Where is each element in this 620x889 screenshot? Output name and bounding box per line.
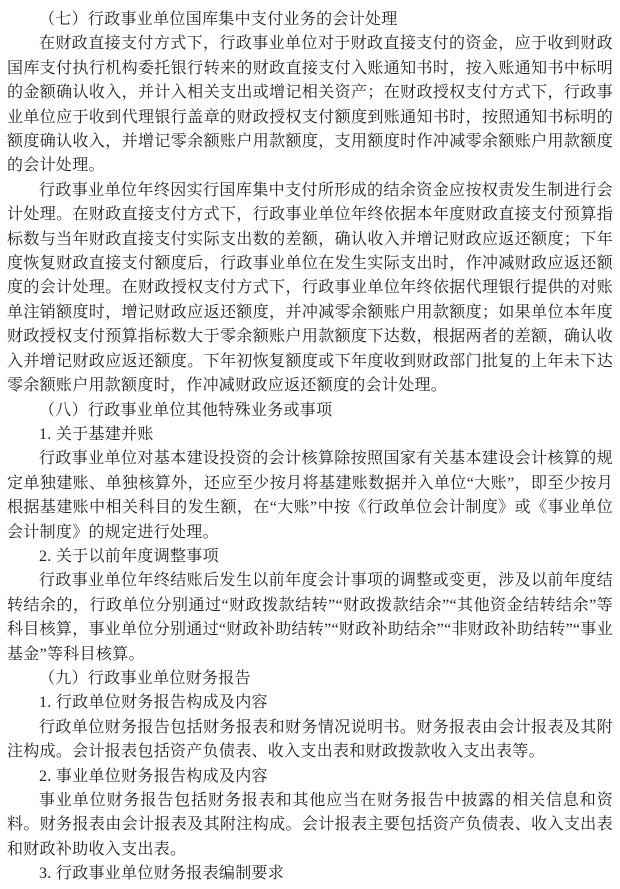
paragraph: 行政事业单位年终因实行国库集中支付所形成的结余资金应按权责发生制进行会计处理。在… — [7, 179, 613, 399]
document-page: （七）行政事业单位国库集中支付业务的会计处理在财政直接支付方式下，行政事业单位对… — [0, 0, 620, 889]
item-heading: 1. 关于基建并账 — [7, 423, 613, 447]
item-heading: 2. 事业单位财务报告构成及内容 — [7, 765, 613, 789]
paragraph: 行政单位财务报告包括财务报表和财务情况说明书。财务报表由会计报表及其附注构成。会… — [7, 716, 613, 765]
section-heading: （九）行政事业单位财务报告 — [7, 667, 613, 691]
paragraph: 行政事业单位对基本建设投资的会计核算除按照国家有关基本建设会计核算的规定单独建账… — [7, 447, 613, 545]
item-heading: 3. 行政事业单位财务报表编制要求 — [7, 862, 613, 886]
item-heading: 2. 关于以前年度调整事项 — [7, 545, 613, 569]
section-heading: （八）行政事业单位其他特殊业务或事项 — [7, 399, 613, 423]
paragraph: 事业单位财务报告包括财务报表和其他应当在财务报告中披露的相关信息和资料。财务报表… — [7, 789, 613, 862]
paragraph: 行政事业单位年终结账后发生以前年度会计事项的调整或变更，涉及以前年度结转结余的，… — [7, 569, 613, 667]
paragraph: 在财政直接支付方式下，行政事业单位对于财政直接支付的资金，应于收到财政国库支付执… — [7, 32, 613, 178]
item-heading: 1. 行政单位财务报告构成及内容 — [7, 691, 613, 715]
section-heading: （七）行政事业单位国库集中支付业务的会计处理 — [7, 8, 613, 32]
document-content: （七）行政事业单位国库集中支付业务的会计处理在财政直接支付方式下，行政事业单位对… — [7, 8, 613, 887]
